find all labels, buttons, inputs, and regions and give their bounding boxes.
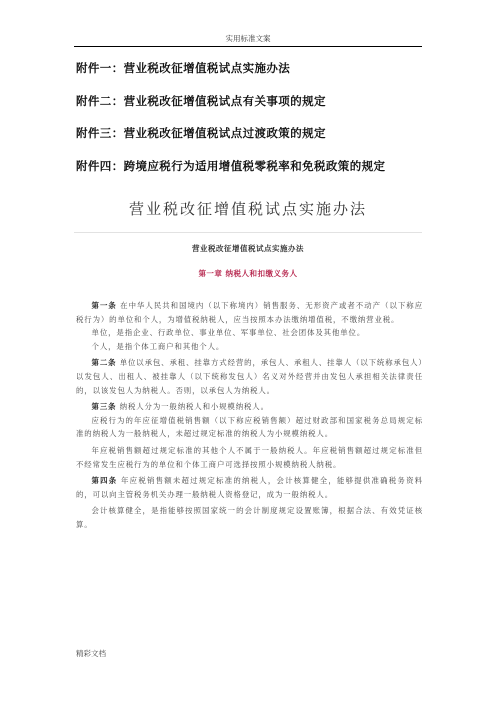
paragraph-text: 纳税人分为一般纳税人和小规模纳税人。 xyxy=(116,402,268,411)
attachment-item: 附件三：营业税改征增值税试点过渡政策的规定 xyxy=(76,126,436,140)
document-title: 营业税改征增值税试点实施办法 xyxy=(0,200,496,218)
document-subtitle: 营业税改征增值税试点实施办法 xyxy=(0,243,496,255)
paragraph-text: 年应税销售额超过规定标准的其他个人不属于一般纳税人。年应税销售额超过规定标准但不… xyxy=(76,446,423,469)
page-header: 实用标准文案 xyxy=(74,33,422,47)
paragraph-text: 会计核算健全，是指能够按照国家统一的会计制度规定设置账簿，根据合法、有效凭证核算… xyxy=(76,506,423,529)
article-number: 第三条 xyxy=(92,402,117,411)
paragraph: 年应税销售额超过规定标准的其他个人不属于一般纳税人。年应税销售额超过规定标准但不… xyxy=(76,444,423,471)
paragraph-text: 单位，是指企业、行政单位、事业单位、军事单位、社会团体及其他单位。 xyxy=(92,328,366,337)
chapter-heading: 第一章 纳税人和扣缴义务人 xyxy=(0,268,496,280)
title-divider xyxy=(74,232,422,233)
paragraph-text: 个人，是指个体工商户和其他个人。 xyxy=(92,342,225,351)
article-paragraph: 第一条 在中华人民共和国境内（以下称境内）销售服务、无形资产或者不动产（以下称应… xyxy=(76,299,423,326)
document-body: 第一条 在中华人民共和国境内（以下称境内）销售服务、无形资产或者不动产（以下称应… xyxy=(76,299,423,532)
attachment-list: 附件一：营业税改征增值税试点实施办法 附件二：营业税改征增值税试点有关事项的规定… xyxy=(76,61,436,173)
paragraph-text: 年应税销售额未超过规定标准的纳税人，会计核算健全，能够提供准确税务资料的，可以向… xyxy=(76,476,423,499)
paragraph: 会计核算健全，是指能够按照国家统一的会计制度规定设置账簿，根据合法、有效凭证核算… xyxy=(76,504,423,531)
article-number: 第四条 xyxy=(92,476,118,485)
paragraph: 应税行为的年应征增值税销售额（以下称应税销售额）超过财政部和国家税务总局规定标准… xyxy=(76,414,423,441)
article-paragraph: 第三条 纳税人分为一般纳税人和小规模纳税人。 xyxy=(76,400,423,414)
paragraph: 个人，是指个体工商户和其他个人。 xyxy=(76,340,423,354)
paragraph-text: 应税行为的年应征增值税销售额（以下称应税销售额）超过财政部和国家税务总局规定标准… xyxy=(76,416,423,439)
article-number: 第一条 xyxy=(92,301,117,310)
attachment-item: 附件二：营业税改征增值税试点有关事项的规定 xyxy=(76,94,436,108)
attachment-item: 附件四：跨境应税行为适用增值税零税率和免税政策的规定 xyxy=(76,159,436,173)
page-footer: 精彩文档 xyxy=(76,648,106,660)
page-footer-text: 精彩文档 xyxy=(76,649,106,658)
paragraph-text: 在中华人民共和国境内（以下称境内）销售服务、无形资产或者不动产（以下称应税行为）… xyxy=(76,301,423,324)
article-paragraph: 第二条 单位以承包、承租、挂靠方式经营的，承包人、承租人、挂靠人（以下统称承包人… xyxy=(76,356,423,397)
article-number: 第二条 xyxy=(92,358,117,367)
page-header-text: 实用标准文案 xyxy=(226,34,271,43)
paragraph-text: 单位以承包、承租、挂靠方式经营的，承包人、承租人、挂靠人（以下统称承包人）以发包… xyxy=(76,358,423,394)
article-paragraph: 第四条 年应税销售额未超过规定标准的纳税人，会计核算健全，能够提供准确税务资料的… xyxy=(76,474,423,501)
attachment-item: 附件一：营业税改征增值税试点实施办法 xyxy=(76,61,436,75)
paragraph: 单位，是指企业、行政单位、事业单位、军事单位、社会团体及其他单位。 xyxy=(76,326,423,340)
